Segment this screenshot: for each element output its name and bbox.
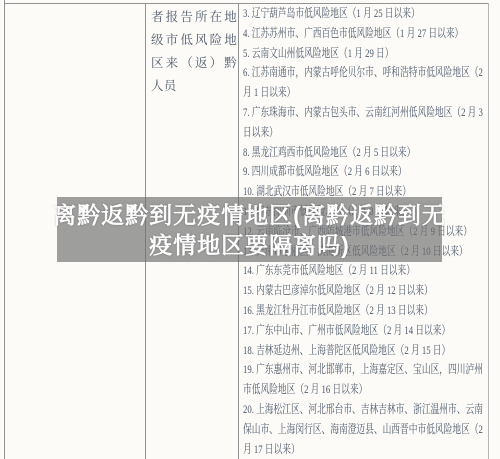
table-border-right (488, 3, 489, 459)
list-item: 6. 江苏南通市，内蒙古呼伦贝尔市、呼和浩特市低风险地区（2 月 1 日以来） (243, 63, 483, 103)
personnel-category-cell: 者报告所在地级市低风险地区来（返）黔人员 (151, 6, 237, 98)
title-line-1: 离黔返黔到无疫情地区(离黔返黔到无 (53, 200, 446, 230)
list-item: 5. 云南文山州低风险地区（1 月 29 日） (243, 44, 483, 64)
list-item: 18. 吉林延边州、上海普陀区低风险地区（2 月 15 日） (243, 341, 483, 361)
title-line-2: 疫情地区要隔离吗) (149, 230, 350, 260)
list-item: 15. 内蒙古巴彦淖尔低风险地区（2 月 12 日以来） (243, 281, 483, 301)
list-item: 8. 黑龙江鸡西市低风险地区（2 月 5 日以来） (243, 143, 483, 163)
list-item: 16. 黑龙江牡丹江市低风险地区（2 月 13 日以来） (243, 301, 483, 321)
table-border-left (4, 0, 5, 459)
list-item: 7. 广东珠海市、内蒙古包头市、云南红河州低风险地区（2 月 3 日以来） (243, 103, 483, 143)
list-item: 19. 广东惠州市、河北邯郸市，上海嘉定区、宝山区，四川泸州市低风险地区（2 月… (243, 360, 483, 400)
list-item: 14. 广东东莞市低风险地区（2 月 11 日以来） (243, 261, 483, 281)
list-item: 20. 上海松江区、河北邢台市、吉林吉林市、浙江温州市、云南保山市、上海闵行区、… (243, 400, 483, 459)
list-item: 17. 广东中山市、广州市低风险地区（2 月 14 日以来） (243, 321, 483, 341)
title-banner-overlay: 离黔返黔到无疫情地区(离黔返黔到无 疫情地区要隔离吗) (57, 197, 442, 262)
list-item: 4. 江苏苏州市、广西百色市低风险地区（1 月 27 日以来） (243, 24, 483, 44)
list-item: 3. 辽宁葫芦岛市低风险地区（1 月 25 日以来） (243, 4, 483, 24)
list-item: 9. 四川成都市低风险地区（2 月 6 日以来） (243, 162, 483, 182)
